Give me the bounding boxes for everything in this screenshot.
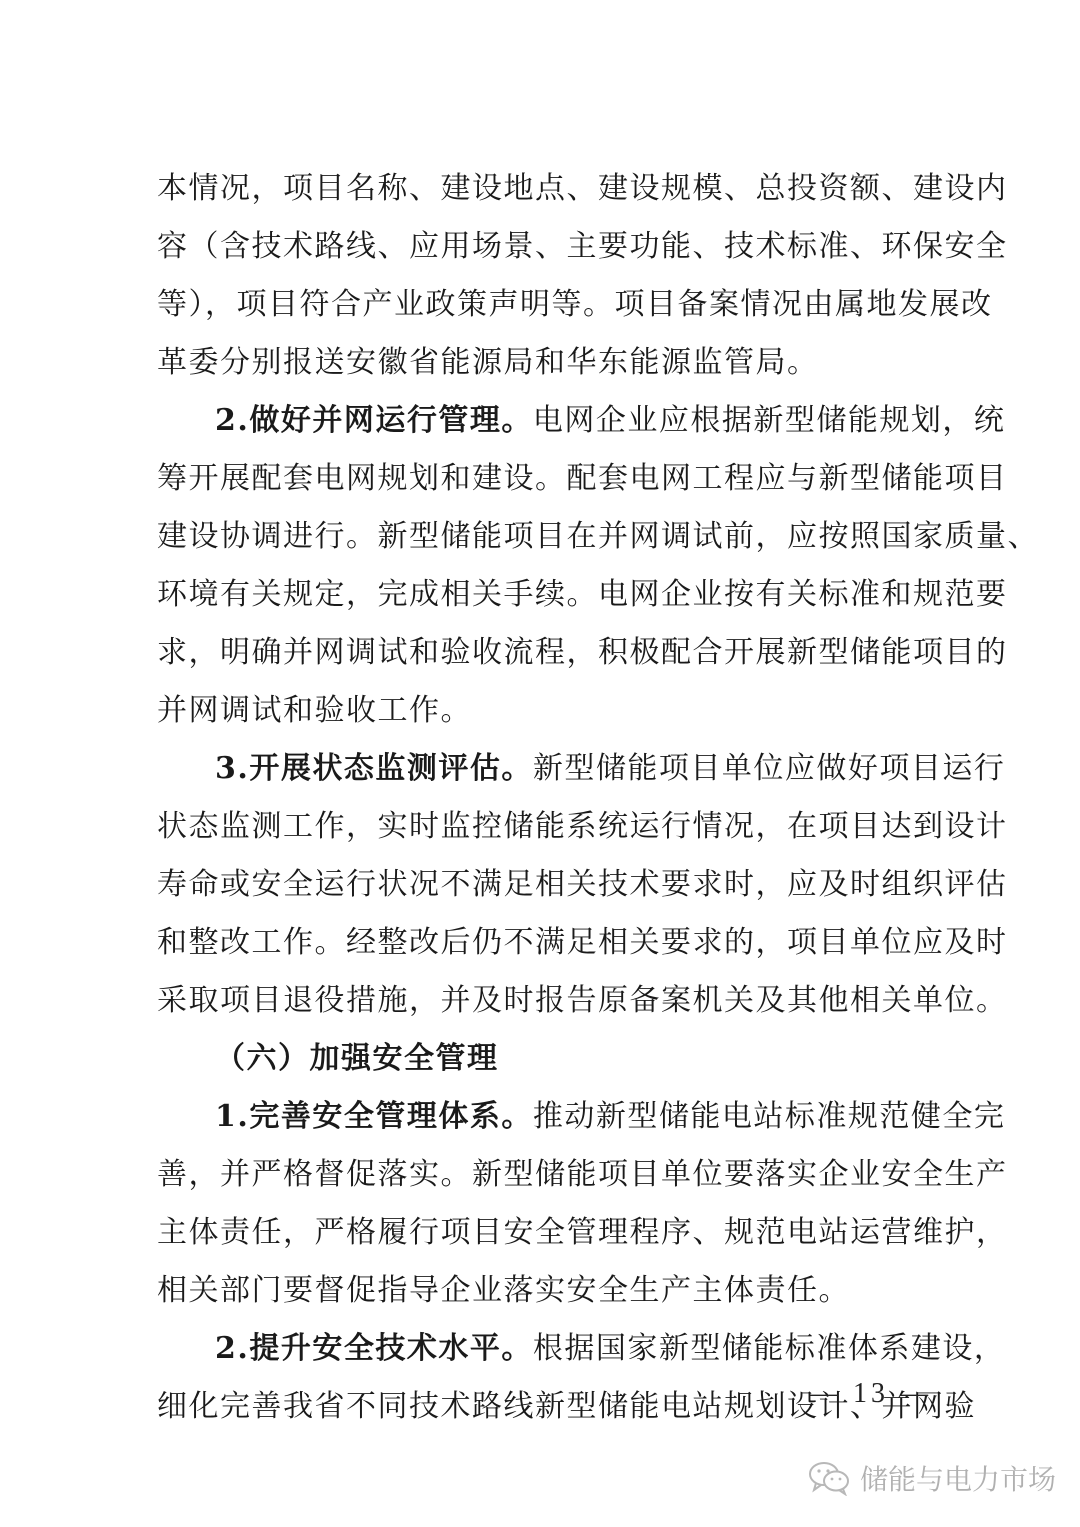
text-line: 环境有关规定，完成相关手续。电网企业按有关标准和规范要 bbox=[157, 566, 927, 624]
watermark: 储能与电力市场 bbox=[808, 1458, 1056, 1498]
text-line: 建设协调进行。新型储能项目在并网调试前，应按照国家质量、 bbox=[157, 508, 927, 566]
text-line: 容（含技术路线、应用场景、主要功能、技术标准、环保安全 bbox=[157, 218, 927, 276]
text-line: 采取项目退役措施，并及时报告原备案机关及其他相关单位。 bbox=[157, 972, 927, 1030]
text-line: 等），项目符合产业政策声明等。项目备案情况由属地发展改 bbox=[157, 276, 927, 334]
text-line: 状态监测工作，实时监控储能系统运行情况，在项目达到设计 bbox=[157, 798, 927, 856]
text-line: 革委分别报送安徽省能源局和华东能源监管局。 bbox=[157, 334, 927, 392]
text-span: 推动新型储能电站标准规范健全完 bbox=[533, 1099, 1006, 1134]
section-heading: （六）加强安全管理 bbox=[157, 1030, 927, 1088]
paragraph-lead-heading: 2.提升安全技术水平。 bbox=[215, 1331, 533, 1366]
text-line: 主体责任，严格履行项目安全管理程序、规范电站运营维护， bbox=[157, 1204, 927, 1262]
text-line: 并网调试和验收工作。 bbox=[157, 682, 927, 740]
paragraph-lead-heading: 3.开展状态监测评估。 bbox=[215, 751, 533, 786]
watermark-text: 储能与电力市场 bbox=[860, 1458, 1056, 1498]
text-line: 2.提升安全技术水平。根据国家新型储能标准体系建设， bbox=[157, 1320, 927, 1378]
text-line: 善，并严格督促落实。新型储能项目单位要落实企业安全生产 bbox=[157, 1146, 927, 1204]
text-line: 本情况，项目名称、建设地点、建设规模、总投资额、建设内 bbox=[157, 160, 927, 218]
text-line: 寿命或安全运行状况不满足相关技术要求时，应及时组织评估 bbox=[157, 856, 927, 914]
paragraph-safety-system: 1.完善安全管理体系。推动新型储能电站标准规范健全完 善，并严格督促落实。新型储… bbox=[157, 1088, 927, 1320]
wechat-icon bbox=[808, 1460, 852, 1496]
text-span: 电网企业应根据新型储能规划，统 bbox=[533, 403, 1006, 438]
text-span: 根据国家新型储能标准体系建设， bbox=[533, 1331, 1006, 1366]
paragraph-project-filing: 本情况，项目名称、建设地点、建设规模、总投资额、建设内 容（含技术路线、应用场景… bbox=[157, 160, 927, 392]
paragraph-lead-heading: 1.完善安全管理体系。 bbox=[215, 1099, 533, 1134]
text-line: 1.完善安全管理体系。推动新型储能电站标准规范健全完 bbox=[157, 1088, 927, 1146]
text-line: 3.开展状态监测评估。新型储能项目单位应做好项目运行 bbox=[157, 740, 927, 798]
text-line: 筹开展配套电网规划和建设。配套电网工程应与新型储能项目 bbox=[157, 450, 927, 508]
page-number: — 13 — bbox=[810, 1378, 932, 1410]
paragraph-lead-heading: 2.做好并网运行管理。 bbox=[215, 403, 533, 438]
text-line: 相关部门要督促指导企业落实安全生产主体责任。 bbox=[157, 1262, 927, 1320]
text-line: 求，明确并网调试和验收流程，积极配合开展新型储能项目的 bbox=[157, 624, 927, 682]
text-line: 2.做好并网运行管理。电网企业应根据新型储能规划，统 bbox=[157, 392, 927, 450]
document-page: 本情况，项目名称、建设地点、建设规模、总投资额、建设内 容（含技术路线、应用场景… bbox=[157, 160, 927, 1436]
text-line: 和整改工作。经整改后仍不满足相关要求的，项目单位应及时 bbox=[157, 914, 927, 972]
paragraph-status-monitoring: 3.开展状态监测评估。新型储能项目单位应做好项目运行 状态监测工作，实时监控储能… bbox=[157, 740, 927, 1030]
paragraph-grid-operation: 2.做好并网运行管理。电网企业应根据新型储能规划，统 筹开展配套电网规划和建设。… bbox=[157, 392, 927, 740]
text-span: 新型储能项目单位应做好项目运行 bbox=[533, 751, 1006, 786]
